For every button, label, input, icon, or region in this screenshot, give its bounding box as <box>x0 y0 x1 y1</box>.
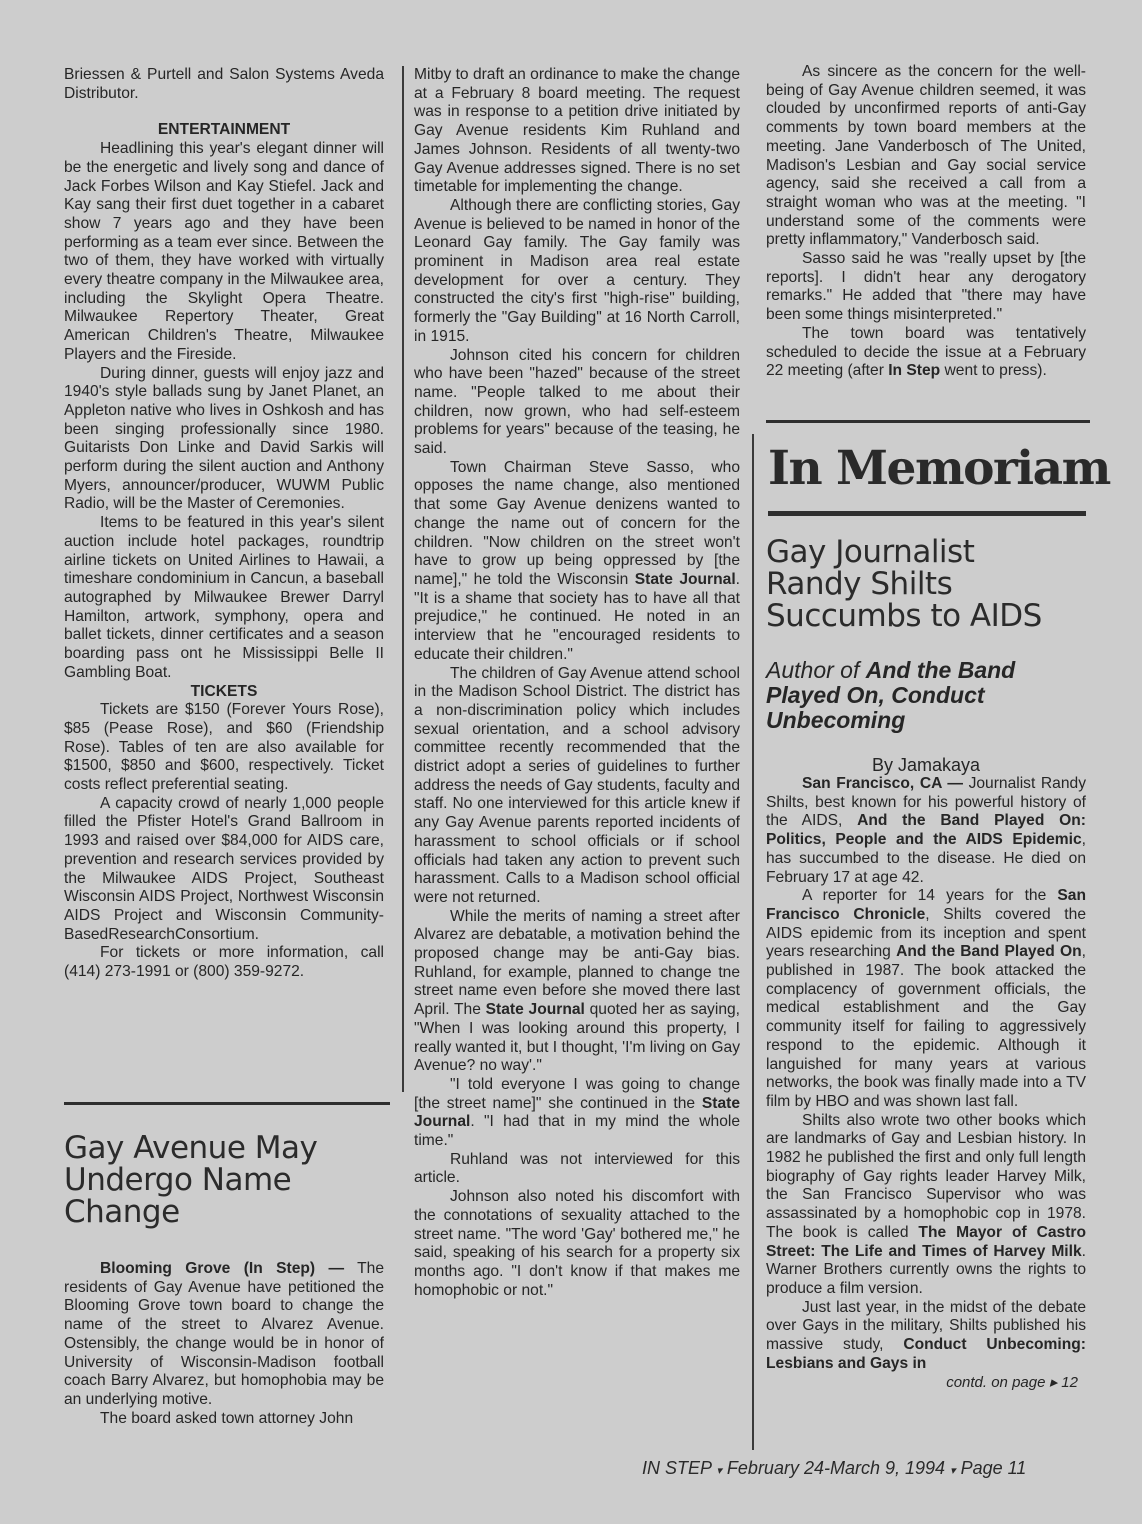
article-headline: Gay Journalist Randy Shilts Succumbs to … <box>766 536 1076 632</box>
column-divider-left <box>402 66 404 1092</box>
subhead-tickets: TICKETS <box>64 683 384 702</box>
triangle-down-icon: ▾ <box>716 1465 722 1477</box>
publication-name: In Step <box>888 362 940 379</box>
paragraph: Although there are conflicting stories, … <box>414 197 740 347</box>
triangle-down-icon: ▾ <box>950 1465 956 1477</box>
gay-avenue-article-start: Gay Avenue May Undergo Name Change Bloom… <box>64 1132 384 1428</box>
paragraph: Shilts also wrote two other books which … <box>766 1112 1086 1299</box>
page-footer: IN STEP ▾ February 24-March 9, 1994 ▾ Pa… <box>642 1458 1026 1479</box>
paragraph: Johnson also noted his discomfort with t… <box>414 1188 740 1300</box>
paragraph: Town Chairman Steve Sasso, who opposes t… <box>414 459 740 665</box>
subhead-entertainment: ENTERTAINMENT <box>64 121 384 140</box>
continued-link[interactable]: contd. on page ▸ 12 <box>766 1374 1086 1393</box>
paragraph: For tickets or more information, call (4… <box>64 944 384 981</box>
paragraph: Tickets are $150 (Forever Yours Rose), $… <box>64 701 384 795</box>
paragraph: The board asked town attorney John <box>64 1410 384 1429</box>
byline: By Jamakaya <box>766 755 1086 775</box>
issue-dates: February 24-March 9, 1994 <box>727 1458 945 1478</box>
paragraph: The children of Gay Avenue attend school… <box>414 665 740 908</box>
paragraph: Briessen & Purtell and Salon Systems Ave… <box>64 66 384 103</box>
paragraph: Mitby to draft an ordinance to make the … <box>414 66 740 197</box>
paragraph: While the merits of naming a street afte… <box>414 908 740 1076</box>
paragraph: A capacity crowd of nearly 1,000 people … <box>64 795 384 945</box>
paragraph: The town board was tentatively scheduled… <box>766 325 1086 381</box>
paragraph: Headlining this year's elegant dinner wi… <box>64 140 384 364</box>
memoriam-article: Gay Journalist Randy Shilts Succumbs to … <box>766 536 1086 1392</box>
paragraph: Blooming Grove (In Step) — The residents… <box>64 1260 384 1410</box>
section-rule <box>766 420 1090 423</box>
paragraph: Sasso said he was "really upset by [the … <box>766 250 1086 325</box>
column-3-top: As sincere as the concern for the well-b… <box>766 63 1086 381</box>
dateline: San Francisco, CA — <box>802 775 963 792</box>
publication-name: State Journal <box>635 571 736 588</box>
book-title: And the Band Played On <box>896 943 1082 960</box>
paragraph: Johnson cited his concern for children w… <box>414 347 740 459</box>
paragraph: "I told everyone I was going to change [… <box>414 1076 740 1151</box>
paragraph: Just last year, in the midst of the deba… <box>766 1299 1086 1374</box>
column-1: Briessen & Purtell and Salon Systems Ave… <box>64 66 384 982</box>
column-2: Mitby to draft an ordinance to make the … <box>414 66 740 1300</box>
article-deck: Author of And the Band Played On, Conduc… <box>766 658 1066 733</box>
publication-name: IN STEP <box>642 1458 711 1478</box>
section-title-in-memoriam: In Memoriam <box>768 440 1088 498</box>
section-rule <box>64 1102 390 1105</box>
paragraph: Ruhland was not interviewed for this art… <box>414 1151 740 1188</box>
paragraph: Items to be featured in this year's sile… <box>64 514 384 682</box>
section-title-rule <box>768 511 1086 516</box>
column-divider-right <box>752 434 754 1450</box>
dateline: Blooming Grove (In Step) — <box>100 1260 344 1277</box>
paragraph: During dinner, guests will enjoy jazz an… <box>64 365 384 515</box>
page-number: Page 11 <box>961 1458 1027 1478</box>
paragraph: A reporter for 14 years for the San Fran… <box>766 887 1086 1111</box>
paragraph: As sincere as the concern for the well-b… <box>766 63 1086 250</box>
publication-name: State Journal <box>486 1001 585 1018</box>
paragraph: San Francisco, CA — Journalist Randy Shi… <box>766 775 1086 887</box>
article-headline: Gay Avenue May Undergo Name Change <box>64 1132 324 1228</box>
